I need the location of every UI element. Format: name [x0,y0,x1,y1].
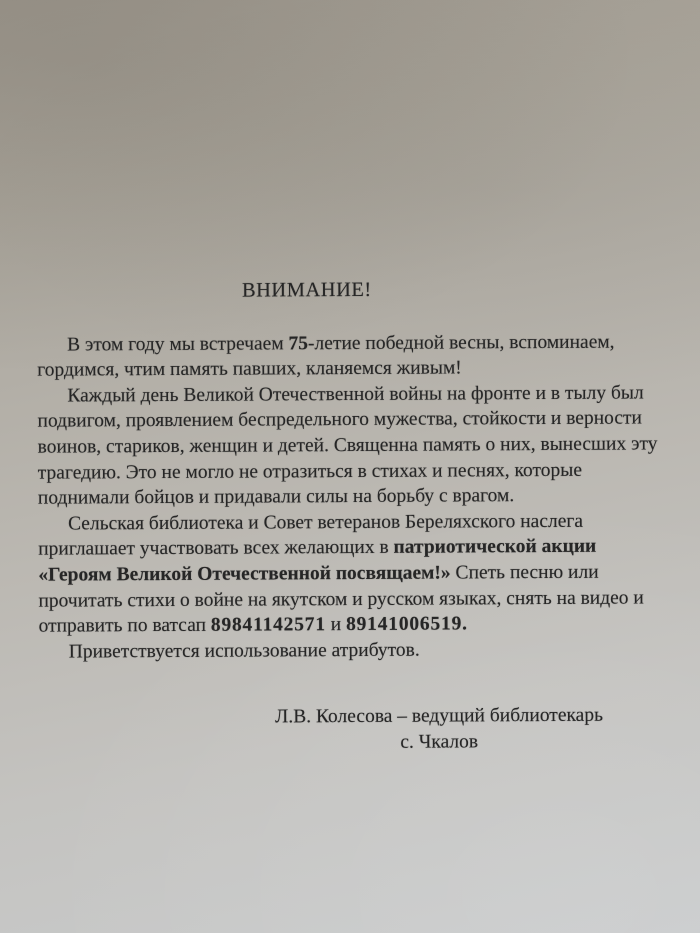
signature-block: Л.В. Колесова – ведущий библиотекарь с. … [39,703,671,757]
document-sheet: ВНИМАНИЕ! В этом году мы встречаем 75-ле… [37,276,671,757]
signature-author-line: Л.В. Колесова – ведущий библиотекарь [207,703,671,731]
text: Каждый день Великой Отечественной войны … [37,382,657,509]
text: и [326,614,346,635]
paragraph: Приветствуется использование атрибутов. [39,636,671,665]
photo-of-document: ВНИМАНИЕ! В этом году мы встречаем 75-ле… [0,0,700,933]
text: В этом году мы встречаем [67,333,289,355]
paragraph: В этом году мы встречаем 75-летие победн… [37,329,669,383]
bold-text: 89141006519. [346,614,468,636]
paragraph: Каждый день Великой Отечественной войны … [37,380,670,511]
document-title: ВНИМАНИЕ! [0,277,623,306]
bold-text: 89841142571 [211,614,326,636]
document-body: В этом году мы встречаем 75-летие победн… [37,329,671,665]
signature-place-line: с. Чкалов [207,728,671,756]
text: Приветствуется использование атрибутов. [69,639,420,662]
paragraph: Сельская библиотека и Совет ветеранов Бе… [38,508,671,639]
bold-text: 75 [288,333,308,354]
